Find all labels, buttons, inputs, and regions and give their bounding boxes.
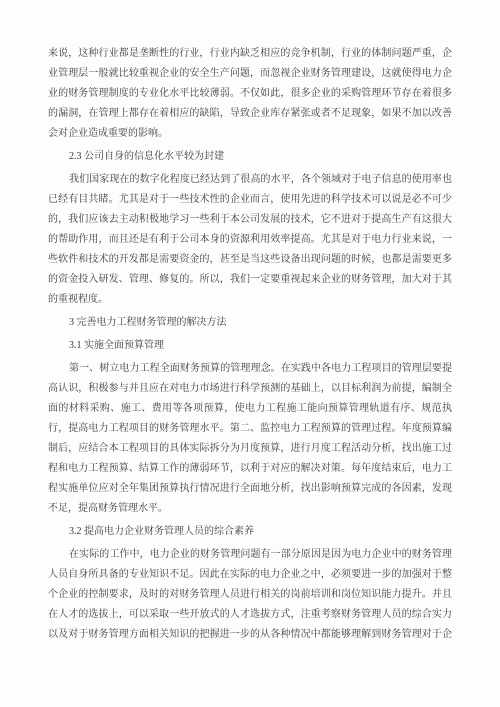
text-line: 行，提高电力工程项目的财务管理水平。第二、监控电力工程预算的管理过程。年度预算编 (48, 419, 452, 439)
text-line: 的帮助作用，而且还是有利于公司本身的资源利用效率提高。尤其是对于电力行业来说，一 (48, 230, 452, 250)
text-line: 会对企业造成重要的影响。 (48, 124, 452, 144)
text-line: 的资金投入研发、管理、修复的。所以，我们一定要重视起来企业的财务管理，加大对于其 (48, 270, 452, 290)
paragraph-continued: 来说，这种行业都是垄断性的行业，行业内缺乏相应的竞争机制，行业的体制问题严重，企… (48, 44, 452, 144)
text-line: 面的材料采购、施工、费用等各项预算，使电力工程施工能向预算管理轨道有序、规范执 (48, 399, 452, 419)
text-line: 制后，应结合本工程项目的具体实际拆分为月度预算，进行月度工程活动分析，找出施工过 (48, 439, 452, 459)
text-line: 些软件和技术的开发都是需要资金的，甚至是当这些设备出现问题的时候，也都是需要更多 (48, 250, 452, 270)
text-line: 的漏洞，在管理上都存在着相应的缺陷，导致企业库存紧张或者不足现象，如果不加以改善 (48, 104, 452, 124)
text-line: 业管理层一般就比较重视企业的安全生产问题，而忽视企业财务管理建设，这就使得电力企 (48, 64, 452, 84)
text-line: 个企业的控制要求，及时的对财务管理人员进行相关的岗前培训和岗位知识能力提升。并且 (48, 585, 452, 605)
text-line: 高认识，积极参与并且应在对电力市场进行科学预测的基础上，以目标利润为前提，编制全 (48, 379, 452, 399)
text-line: 的重视程度。 (48, 290, 452, 310)
text-line: 人员自身所具备的专业知识不足。因此在实际的电力企业之中，必须要进一步的加强对于整 (48, 565, 452, 585)
text-line: 的，我们应该去主动积极地学习一些利于本公司发展的技术，它不进对于提高生产有这很大 (48, 210, 452, 230)
text-line: 我们国家现在的数字化程度已经达到了很高的水平，各个领域对于电子信息的使用率也 (48, 170, 452, 190)
text-line: 不足，提高财务管理水平。 (48, 499, 452, 519)
section-heading-2-3: 2.3 公司自身的信息化水平较为封建 (48, 147, 452, 167)
paragraph-section-3-2: 在实际的工作中，电力企业的财务管理问题有一部分原因是因为电力企业中的财务管理 人… (48, 545, 452, 645)
text-line: 第一、树立电力工程全面财务预算的管理理念。在实践中各电力工程项目的管理层要提 (48, 359, 452, 379)
section-heading-3-1: 3.1 实施全面预算管理 (48, 336, 452, 356)
text-line: 程实施单位应对全年集团预算执行情况进行全面地分析，找出影响预算完成的各因素，发现 (48, 479, 452, 499)
text-line: 已经有目共睹。尤其是对于一些技术性的企业而言，使用先进的科学技术可以说是必不可少 (48, 190, 452, 210)
text-line: 业的财务管理制度的专业化水平比较薄弱。不仅如此，很多企业的采购管理环节存在着很多 (48, 84, 452, 104)
text-line: 以及对于财务管理方面相关知识的把握进一步的从各种情况中都能够理解到财务管理对于企 (48, 625, 452, 645)
text-line: 来说，这种行业都是垄断性的行业，行业内缺乏相应的竞争机制，行业的体制问题严重，企 (48, 44, 452, 64)
paragraph-section-2-3: 我们国家现在的数字化程度已经达到了很高的水平，各个领域对于电子信息的使用率也 已… (48, 170, 452, 310)
section-heading-3-2: 3.2 提高电力企业财务管理人员的综合素养 (48, 522, 452, 542)
text-line: 在人才的选拔上，可以采取一些开放式的人才选拔方式，注重考察财务管理人员的综合实力 (48, 605, 452, 625)
section-heading-3: 3 完善电力工程财务管理的解决方法 (48, 313, 452, 333)
paragraph-section-3-1: 第一、树立电力工程全面财务预算的管理理念。在实践中各电力工程项目的管理层要提 高… (48, 359, 452, 519)
document-page: 来说，这种行业都是垄断性的行业，行业内缺乏相应的竞争机制，行业的体制问题严重，企… (0, 0, 500, 707)
text-line: 在实际的工作中，电力企业的财务管理问题有一部分原因是因为电力企业中的财务管理 (48, 545, 452, 565)
text-line: 程和电力工程预算、结算工作的薄弱环节，以利于对应的解决对策。每年度结束后，电力工 (48, 459, 452, 479)
